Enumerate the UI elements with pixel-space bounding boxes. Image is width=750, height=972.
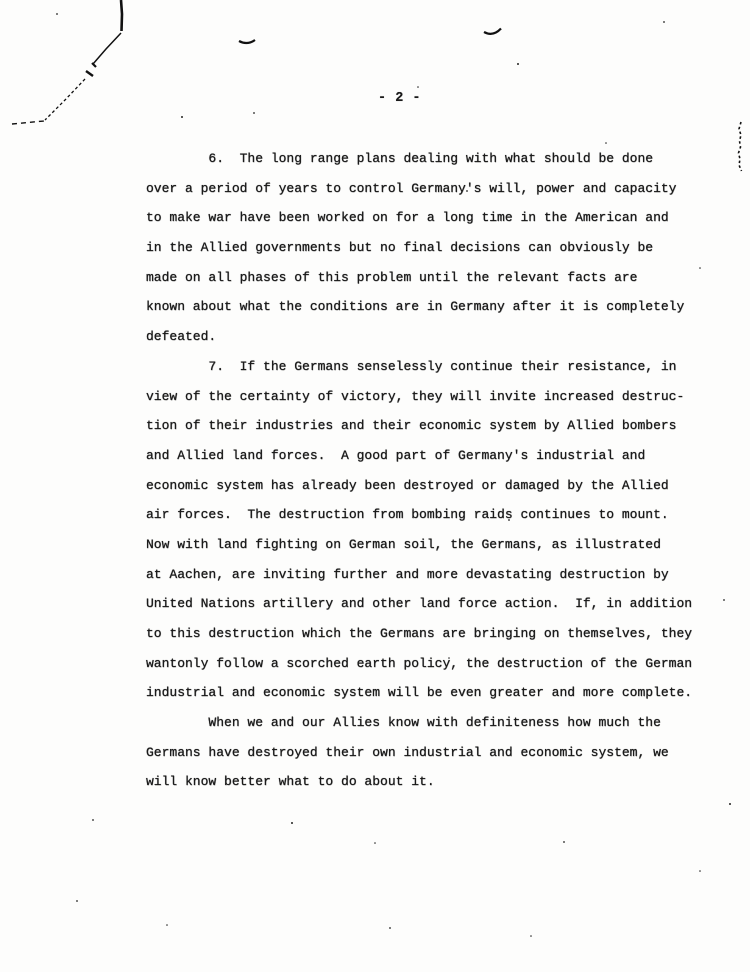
text-line: made on all phases of this problem until…	[146, 263, 721, 293]
curve-mark-left	[239, 40, 255, 43]
text-line: to make war have been worked on for a lo…	[146, 203, 721, 233]
text-line: air forces. The destruction from bombing…	[146, 500, 721, 530]
document-page: - 2 - 6. The long range plans dealing wi…	[0, 0, 750, 972]
text-line: industrial and economic system will be e…	[146, 678, 721, 708]
text-line: will know better what to do about it.	[146, 767, 721, 797]
text-line: When we and our Allies know with definit…	[146, 708, 721, 738]
page-number: - 2 -	[378, 91, 421, 106]
text-line: at Aachen, are inviting further and more…	[146, 560, 721, 590]
text-line: economic system has already been destroy…	[146, 471, 721, 501]
text-line: Germans have destroyed their own industr…	[146, 738, 721, 768]
text-line: in the Allied governments but no final d…	[146, 233, 721, 263]
document-body: 6. The long range plans dealing with wha…	[146, 144, 721, 797]
curve-mark-right	[484, 29, 501, 34]
text-line: 7. If the Germans senselessly continue t…	[146, 352, 721, 382]
text-line: and Allied land forces. A good part of G…	[146, 441, 721, 471]
text-line: tion of their industries and their econo…	[146, 411, 721, 441]
corner-scratch-mark	[12, 0, 122, 124]
text-line: known about what the conditions are in G…	[146, 292, 721, 322]
text-line: view of the certainty of victory, they w…	[146, 382, 721, 412]
text-line: United Nations artillery and other land …	[146, 589, 721, 619]
edge-squiggle-mark	[739, 122, 742, 171]
text-line: to this destruction which the Germans ar…	[146, 619, 721, 649]
text-line: over a period of years to control German…	[146, 174, 721, 204]
text-line: Now with land fighting on German soil, t…	[146, 530, 721, 560]
text-line: wantonly follow a scorched earth policy,…	[146, 649, 721, 679]
text-line: 6. The long range plans dealing with wha…	[146, 144, 721, 174]
text-line: defeated.	[146, 322, 721, 352]
